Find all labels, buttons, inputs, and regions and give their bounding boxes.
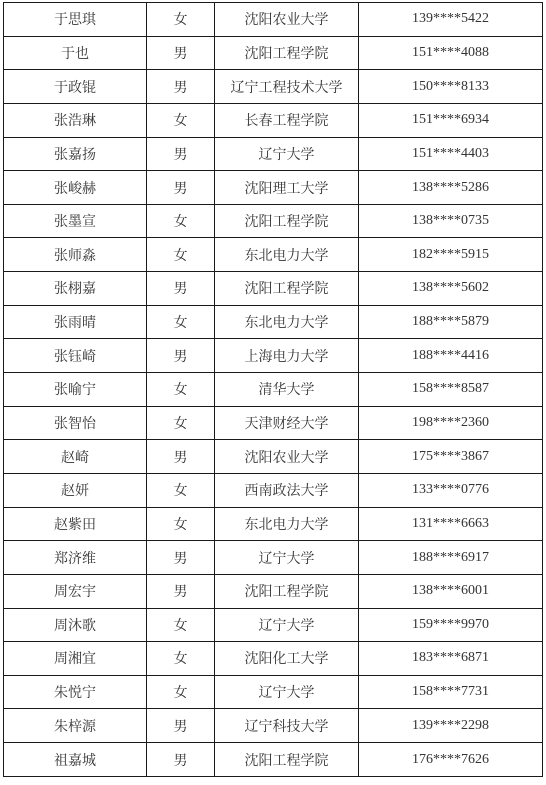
table-row: 于政锟男辽宁工程技术大学150****8133 xyxy=(4,70,543,104)
university-cell: 西南政法大学 xyxy=(215,473,359,507)
name-cell: 于也 xyxy=(4,36,147,70)
phone-cell: 151****4088 xyxy=(359,36,543,70)
name-cell: 张钰崎 xyxy=(4,339,147,373)
phone-cell: 151****6934 xyxy=(359,103,543,137)
name-cell: 张师淼 xyxy=(4,238,147,272)
name-cell: 周宏宇 xyxy=(4,574,147,608)
name-cell: 周沐歌 xyxy=(4,608,147,642)
gender-cell: 男 xyxy=(147,70,215,104)
university-cell: 沈阳工程学院 xyxy=(215,574,359,608)
gender-cell: 女 xyxy=(147,473,215,507)
university-cell: 清华大学 xyxy=(215,373,359,407)
university-cell: 长春工程学院 xyxy=(215,103,359,137)
name-cell: 赵崎 xyxy=(4,440,147,474)
table-row: 张师淼女东北电力大学182****5915 xyxy=(4,238,543,272)
gender-cell: 女 xyxy=(147,3,215,37)
gender-cell: 男 xyxy=(147,574,215,608)
phone-cell: 138****0735 xyxy=(359,204,543,238)
name-cell: 张喻宁 xyxy=(4,373,147,407)
university-cell: 沈阳农业大学 xyxy=(215,440,359,474)
table-body: 于思琪女沈阳农业大学139****5422于也男沈阳工程学院151****408… xyxy=(4,3,543,777)
table-row: 周沐歌女辽宁大学159****9970 xyxy=(4,608,543,642)
university-cell: 辽宁大学 xyxy=(215,608,359,642)
table-row: 赵崎男沈阳农业大学175****3867 xyxy=(4,440,543,474)
phone-cell: 138****5602 xyxy=(359,272,543,306)
university-cell: 东北电力大学 xyxy=(215,238,359,272)
phone-cell: 158****7731 xyxy=(359,675,543,709)
university-cell: 沈阳工程学院 xyxy=(215,743,359,777)
table-row: 张浩琳女长春工程学院151****6934 xyxy=(4,103,543,137)
gender-cell: 女 xyxy=(147,675,215,709)
name-cell: 张栩嘉 xyxy=(4,272,147,306)
gender-cell: 男 xyxy=(147,272,215,306)
gender-cell: 男 xyxy=(147,541,215,575)
phone-cell: 159****9970 xyxy=(359,608,543,642)
phone-cell: 138****5286 xyxy=(359,171,543,205)
university-cell: 沈阳工程学院 xyxy=(215,204,359,238)
university-cell: 东北电力大学 xyxy=(215,507,359,541)
phone-cell: 175****3867 xyxy=(359,440,543,474)
phone-cell: 188****4416 xyxy=(359,339,543,373)
phone-cell: 198****2360 xyxy=(359,406,543,440)
table-row: 朱梓源男辽宁科技大学139****2298 xyxy=(4,709,543,743)
phone-cell: 188****6917 xyxy=(359,541,543,575)
university-cell: 辽宁科技大学 xyxy=(215,709,359,743)
university-cell: 辽宁工程技术大学 xyxy=(215,70,359,104)
university-cell: 沈阳农业大学 xyxy=(215,3,359,37)
name-cell: 赵妍 xyxy=(4,473,147,507)
gender-cell: 男 xyxy=(147,743,215,777)
university-cell: 天津财经大学 xyxy=(215,406,359,440)
table-row: 张嘉扬男辽宁大学151****4403 xyxy=(4,137,543,171)
table-row: 张墨宣女沈阳工程学院138****0735 xyxy=(4,204,543,238)
table-row: 于思琪女沈阳农业大学139****5422 xyxy=(4,3,543,37)
name-cell: 张雨晴 xyxy=(4,305,147,339)
name-cell: 郑济维 xyxy=(4,541,147,575)
university-cell: 辽宁大学 xyxy=(215,675,359,709)
phone-cell: 139****5422 xyxy=(359,3,543,37)
university-cell: 上海电力大学 xyxy=(215,339,359,373)
table-row: 祖嘉城男沈阳工程学院176****7626 xyxy=(4,743,543,777)
phone-cell: 176****7626 xyxy=(359,743,543,777)
table-row: 赵紫田女东北电力大学131****6663 xyxy=(4,507,543,541)
phone-cell: 139****2298 xyxy=(359,709,543,743)
table-row: 周宏宇男沈阳工程学院138****6001 xyxy=(4,574,543,608)
name-cell: 张墨宣 xyxy=(4,204,147,238)
name-cell: 于思琪 xyxy=(4,3,147,37)
table-row: 张雨晴女东北电力大学188****5879 xyxy=(4,305,543,339)
name-cell: 张浩琳 xyxy=(4,103,147,137)
university-cell: 沈阳工程学院 xyxy=(215,272,359,306)
table-row: 张栩嘉男沈阳工程学院138****5602 xyxy=(4,272,543,306)
university-cell: 沈阳化工大学 xyxy=(215,642,359,676)
name-cell: 于政锟 xyxy=(4,70,147,104)
table-row: 赵妍女西南政法大学133****0776 xyxy=(4,473,543,507)
name-cell: 张智怡 xyxy=(4,406,147,440)
phone-cell: 150****8133 xyxy=(359,70,543,104)
university-cell: 辽宁大学 xyxy=(215,541,359,575)
phone-cell: 151****4403 xyxy=(359,137,543,171)
gender-cell: 男 xyxy=(147,137,215,171)
phone-cell: 138****6001 xyxy=(359,574,543,608)
table-row: 张喻宁女清华大学158****8587 xyxy=(4,373,543,407)
gender-cell: 女 xyxy=(147,406,215,440)
university-cell: 沈阳理工大学 xyxy=(215,171,359,205)
name-cell: 周湘宜 xyxy=(4,642,147,676)
gender-cell: 女 xyxy=(147,305,215,339)
gender-cell: 男 xyxy=(147,339,215,373)
phone-cell: 188****5879 xyxy=(359,305,543,339)
gender-cell: 女 xyxy=(147,642,215,676)
gender-cell: 女 xyxy=(147,103,215,137)
table-row: 张峻赫男沈阳理工大学138****5286 xyxy=(4,171,543,205)
name-cell: 张峻赫 xyxy=(4,171,147,205)
gender-cell: 男 xyxy=(147,171,215,205)
gender-cell: 男 xyxy=(147,36,215,70)
table-row: 张智怡女天津财经大学198****2360 xyxy=(4,406,543,440)
table-row: 张钰崎男上海电力大学188****4416 xyxy=(4,339,543,373)
phone-cell: 131****6663 xyxy=(359,507,543,541)
gender-cell: 女 xyxy=(147,204,215,238)
table-row: 朱悦宁女辽宁大学158****7731 xyxy=(4,675,543,709)
phone-cell: 183****6871 xyxy=(359,642,543,676)
name-cell: 朱悦宁 xyxy=(4,675,147,709)
phone-cell: 182****5915 xyxy=(359,238,543,272)
name-cell: 赵紫田 xyxy=(4,507,147,541)
phone-cell: 158****8587 xyxy=(359,373,543,407)
gender-cell: 女 xyxy=(147,238,215,272)
phone-cell: 133****0776 xyxy=(359,473,543,507)
page: 于思琪女沈阳农业大学139****5422于也男沈阳工程学院151****408… xyxy=(0,0,546,785)
university-cell: 东北电力大学 xyxy=(215,305,359,339)
gender-cell: 男 xyxy=(147,440,215,474)
name-cell: 朱梓源 xyxy=(4,709,147,743)
student-roster-table: 于思琪女沈阳农业大学139****5422于也男沈阳工程学院151****408… xyxy=(3,2,543,777)
gender-cell: 女 xyxy=(147,608,215,642)
table-row: 郑济维男辽宁大学188****6917 xyxy=(4,541,543,575)
table-row: 周湘宜女沈阳化工大学183****6871 xyxy=(4,642,543,676)
university-cell: 辽宁大学 xyxy=(215,137,359,171)
table-row: 于也男沈阳工程学院151****4088 xyxy=(4,36,543,70)
gender-cell: 男 xyxy=(147,709,215,743)
gender-cell: 女 xyxy=(147,507,215,541)
university-cell: 沈阳工程学院 xyxy=(215,36,359,70)
gender-cell: 女 xyxy=(147,373,215,407)
name-cell: 祖嘉城 xyxy=(4,743,147,777)
name-cell: 张嘉扬 xyxy=(4,137,147,171)
